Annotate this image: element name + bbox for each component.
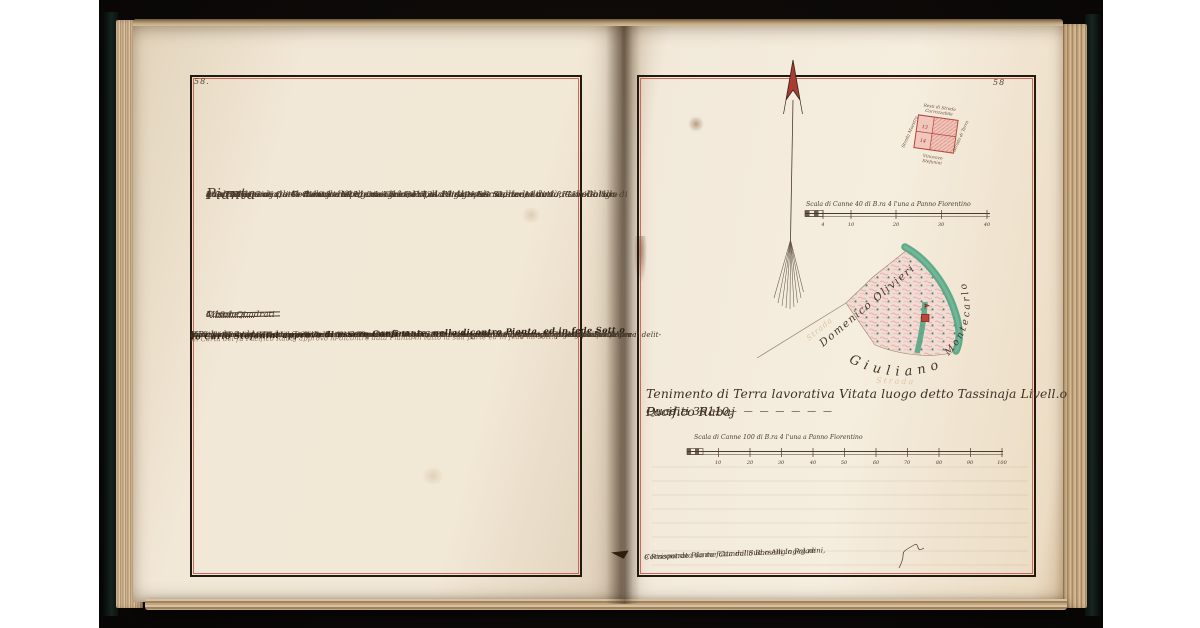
signature-flourish: [899, 544, 924, 568]
scale-tick-label: 30: [778, 460, 785, 466]
scale-tick-label: 10: [715, 460, 722, 466]
scale-tick-label: 20: [892, 222, 900, 228]
manuscript-line: nuo Canone di ₤ —— 4.10.1 da pagarsi den…: [206, 186, 489, 206]
faint-label-south: Strada: [876, 376, 915, 386]
scale-tick-label: 100: [997, 460, 1007, 466]
scale-tick-label: 4: [820, 222, 824, 228]
scale-title: Scala di Canne 40 di B.ra 4 l'una a Pann…: [806, 201, 971, 208]
scale-tick-label: 40: [809, 460, 817, 466]
scale-tick-label: 70: [904, 460, 911, 466]
parcel-map: Domenico Olivieri Strada Montecarlo Giul…: [757, 247, 973, 386]
page-stack-edges-right: [1061, 24, 1087, 608]
manuscript-photo-canvas: 58. Piantad'un Tenimento di Terre coltiv…: [0, 0, 1200, 628]
scale-title: Scala di Canne 100 di B.ra 4 l'una a Pan…: [694, 434, 863, 441]
page-number-left: 58.: [194, 77, 210, 86]
place-label-giuliano: Giuliano: [847, 352, 946, 380]
scale-tick-label: 40: [983, 222, 991, 228]
compass-needle-icon: [774, 60, 804, 309]
house-number: 13: [921, 124, 928, 131]
scale-bar-top: Scala di Canne 40 di B.ra 4 l'una a Pann…: [805, 201, 991, 228]
farmhouse-symbol: [922, 315, 930, 322]
scale-tick-label: 20: [746, 460, 754, 466]
map-drawing-layer: Scala di Canne 40 di B.ra 4 l'una a Pann…: [622, 0, 1063, 628]
house-number: 14: [919, 138, 926, 145]
svg-text:Giuliano: Giuliano: [847, 352, 946, 380]
scale-tick-label: 50: [841, 460, 848, 466]
scale-tick-label: 60: [873, 460, 880, 466]
scale-tick-label: 80: [936, 460, 943, 466]
scale-tick-label: 30: [938, 222, 945, 228]
canone-value: 4.10.1: [206, 310, 233, 320]
inset-site-plan: 13 14 Resti di Strada Carrozzabile Vince…: [899, 101, 972, 169]
needle-tassel: [774, 240, 804, 309]
measure-row: Misura Quadrati Canone ₤ 4.10.1: [206, 307, 580, 322]
scale-tick-label: 90: [967, 460, 974, 466]
scale-tick-label: 10: [848, 222, 855, 228]
book-cover-right-edge: [1085, 14, 1101, 616]
scale-bar-bottom: Scala di Canne 100 di B.ra 4 l'una a Pan…: [687, 434, 1008, 466]
